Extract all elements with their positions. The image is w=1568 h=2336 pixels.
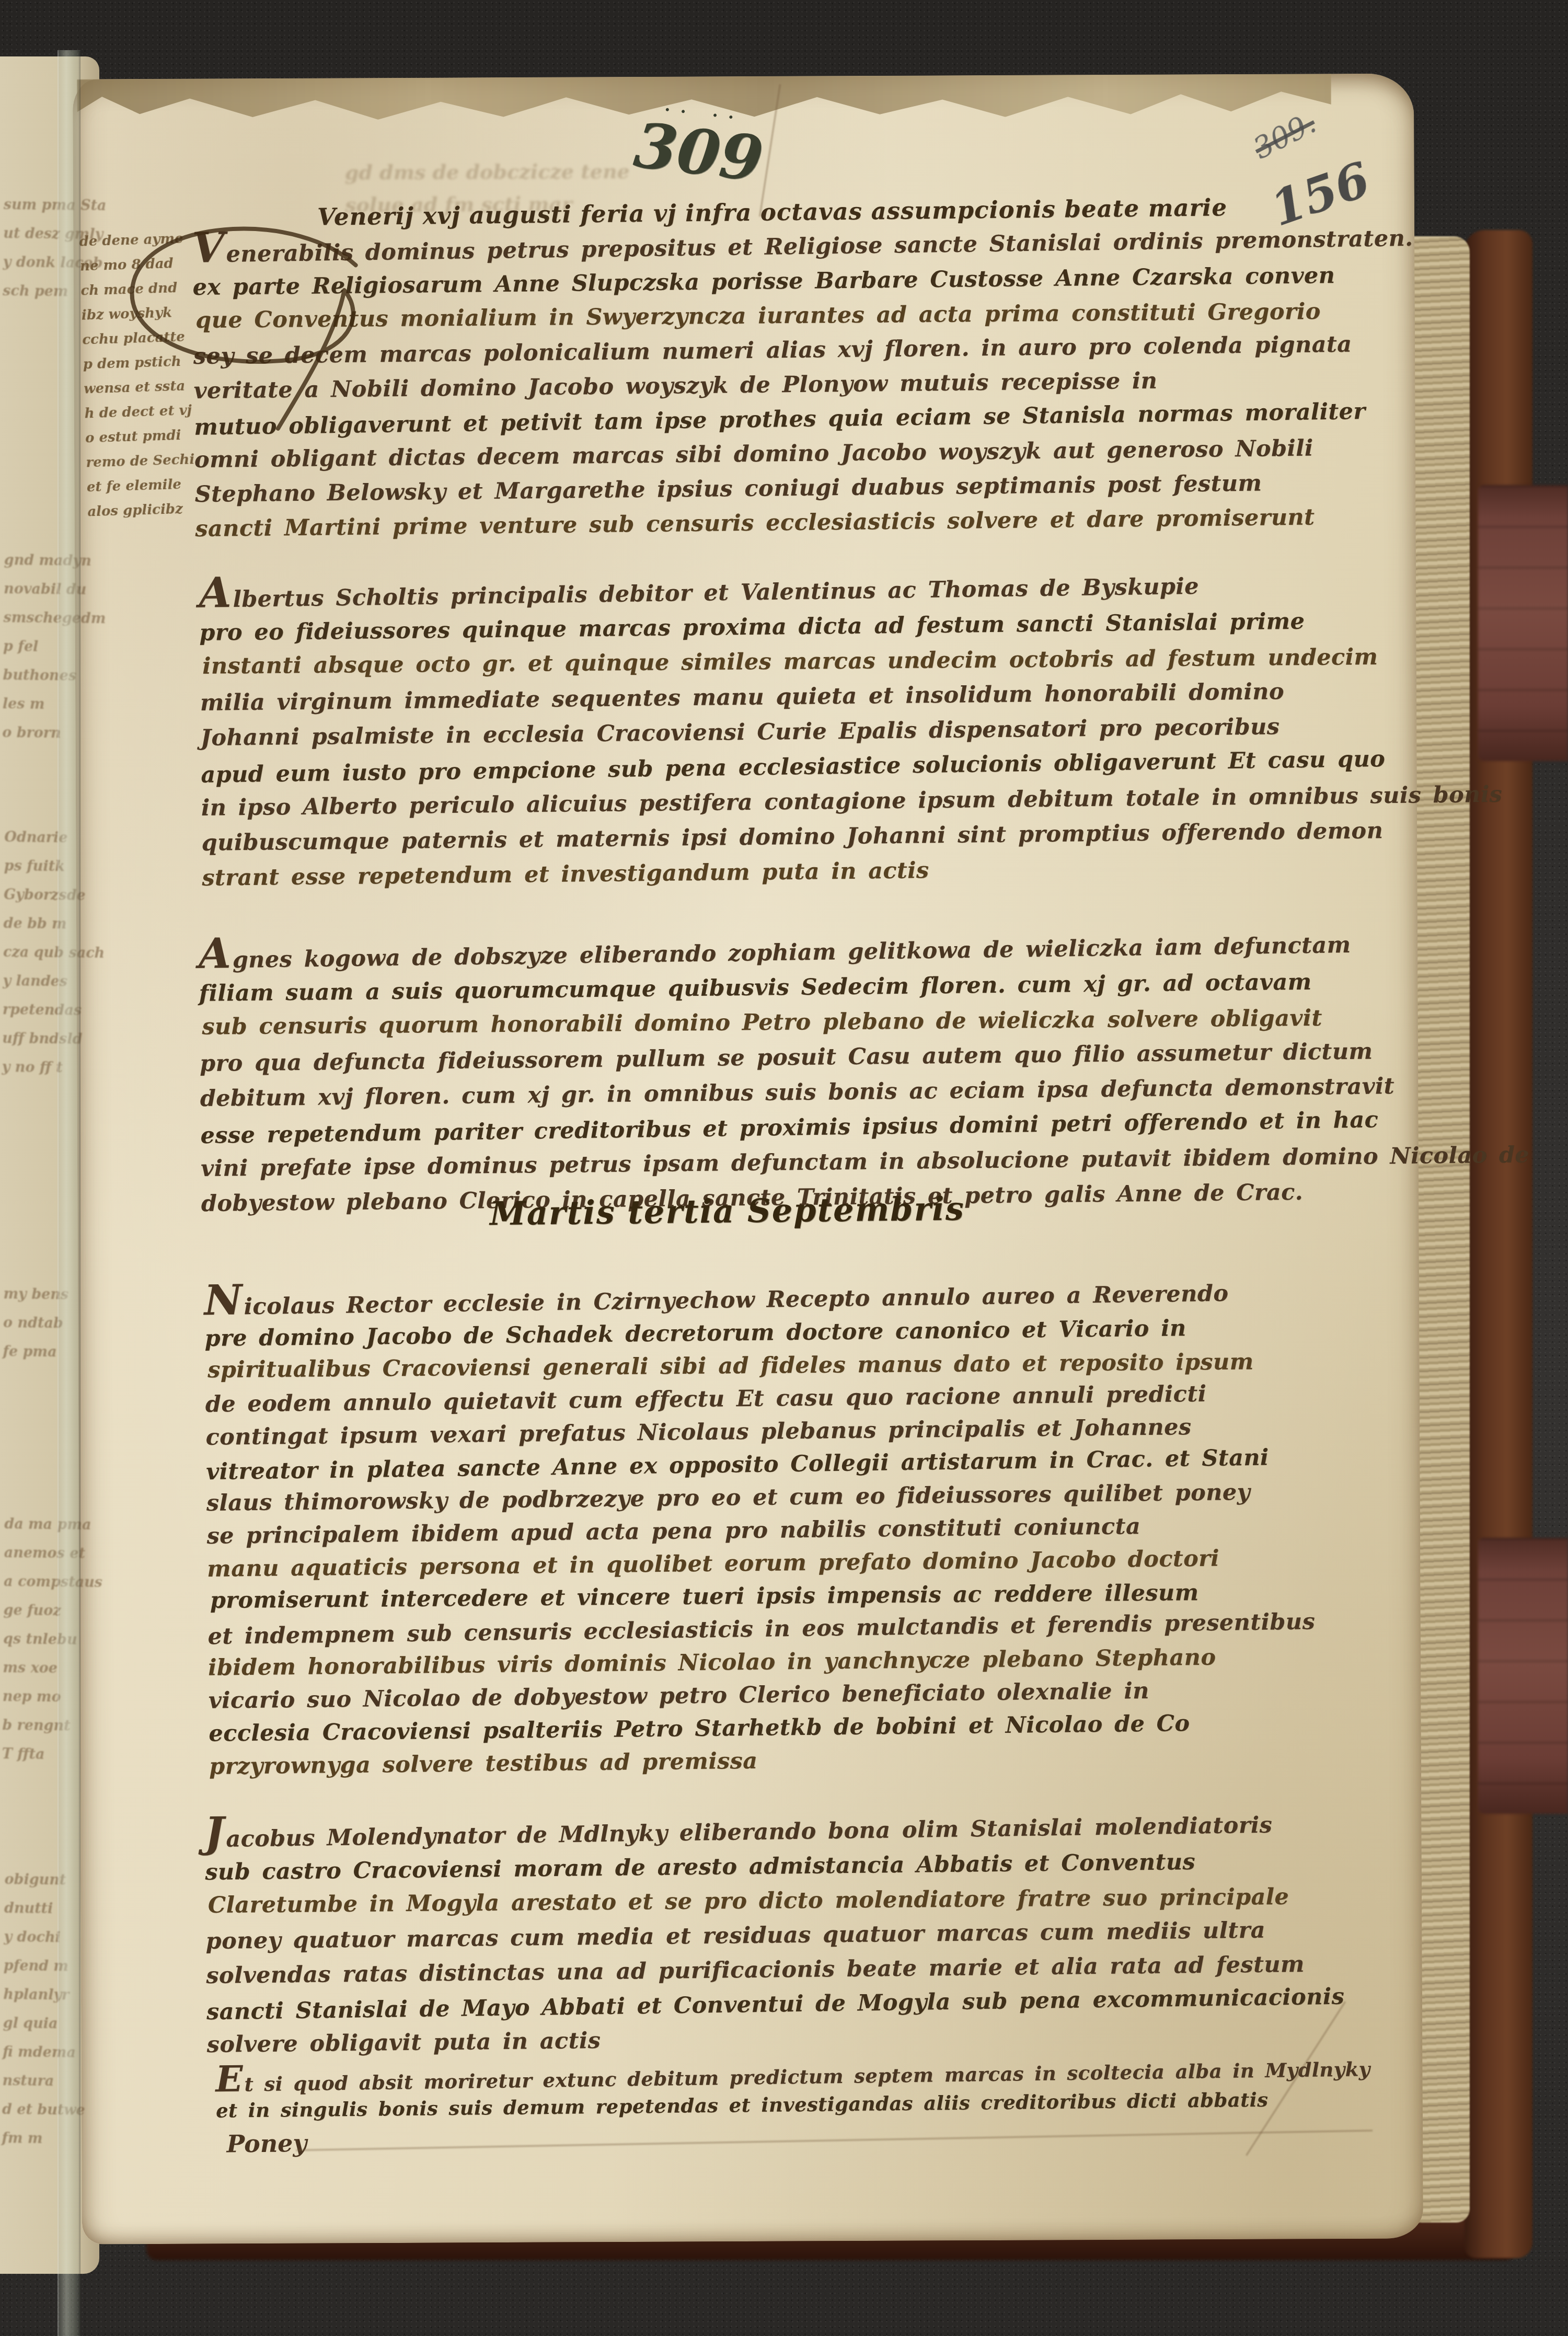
entry-block-5: Jacobus Molendynator de Mdlnyky eliberan…: [204, 1808, 1345, 2062]
entry-block-2: Albertus Scholtis principalis debitor et…: [199, 566, 1503, 896]
entry-block-1: Venerabilis dominus petrus prepositus et…: [192, 222, 1416, 546]
glass-clamp-strip: [57, 50, 80, 2336]
catchword: Poney: [226, 2129, 307, 2158]
page-number-ink: ·· ·· 309: [631, 98, 768, 190]
section-heading: Martis tertia Septembris: [490, 1190, 965, 1233]
entry-block-6: Et si quod absit moriretur extunc debitu…: [215, 2056, 1370, 2125]
manuscript-page: gd dms de dobczicze tenesolue ad fm scti…: [73, 73, 1423, 2244]
photo-background: gd dms de dobczicze tenesolue ad fm scti…: [0, 0, 1568, 2336]
book-strap-lower: [1478, 1538, 1568, 1814]
entry-block-3: Agnes kogowa de dobszyze eliberando zoph…: [199, 926, 1530, 1222]
ink-flourish: [73, 202, 367, 449]
page-number-ink-value: 309: [631, 114, 766, 190]
entry-block-4: Nicolaus Rector ecclesie in Czirnyechow …: [204, 1276, 1317, 1783]
